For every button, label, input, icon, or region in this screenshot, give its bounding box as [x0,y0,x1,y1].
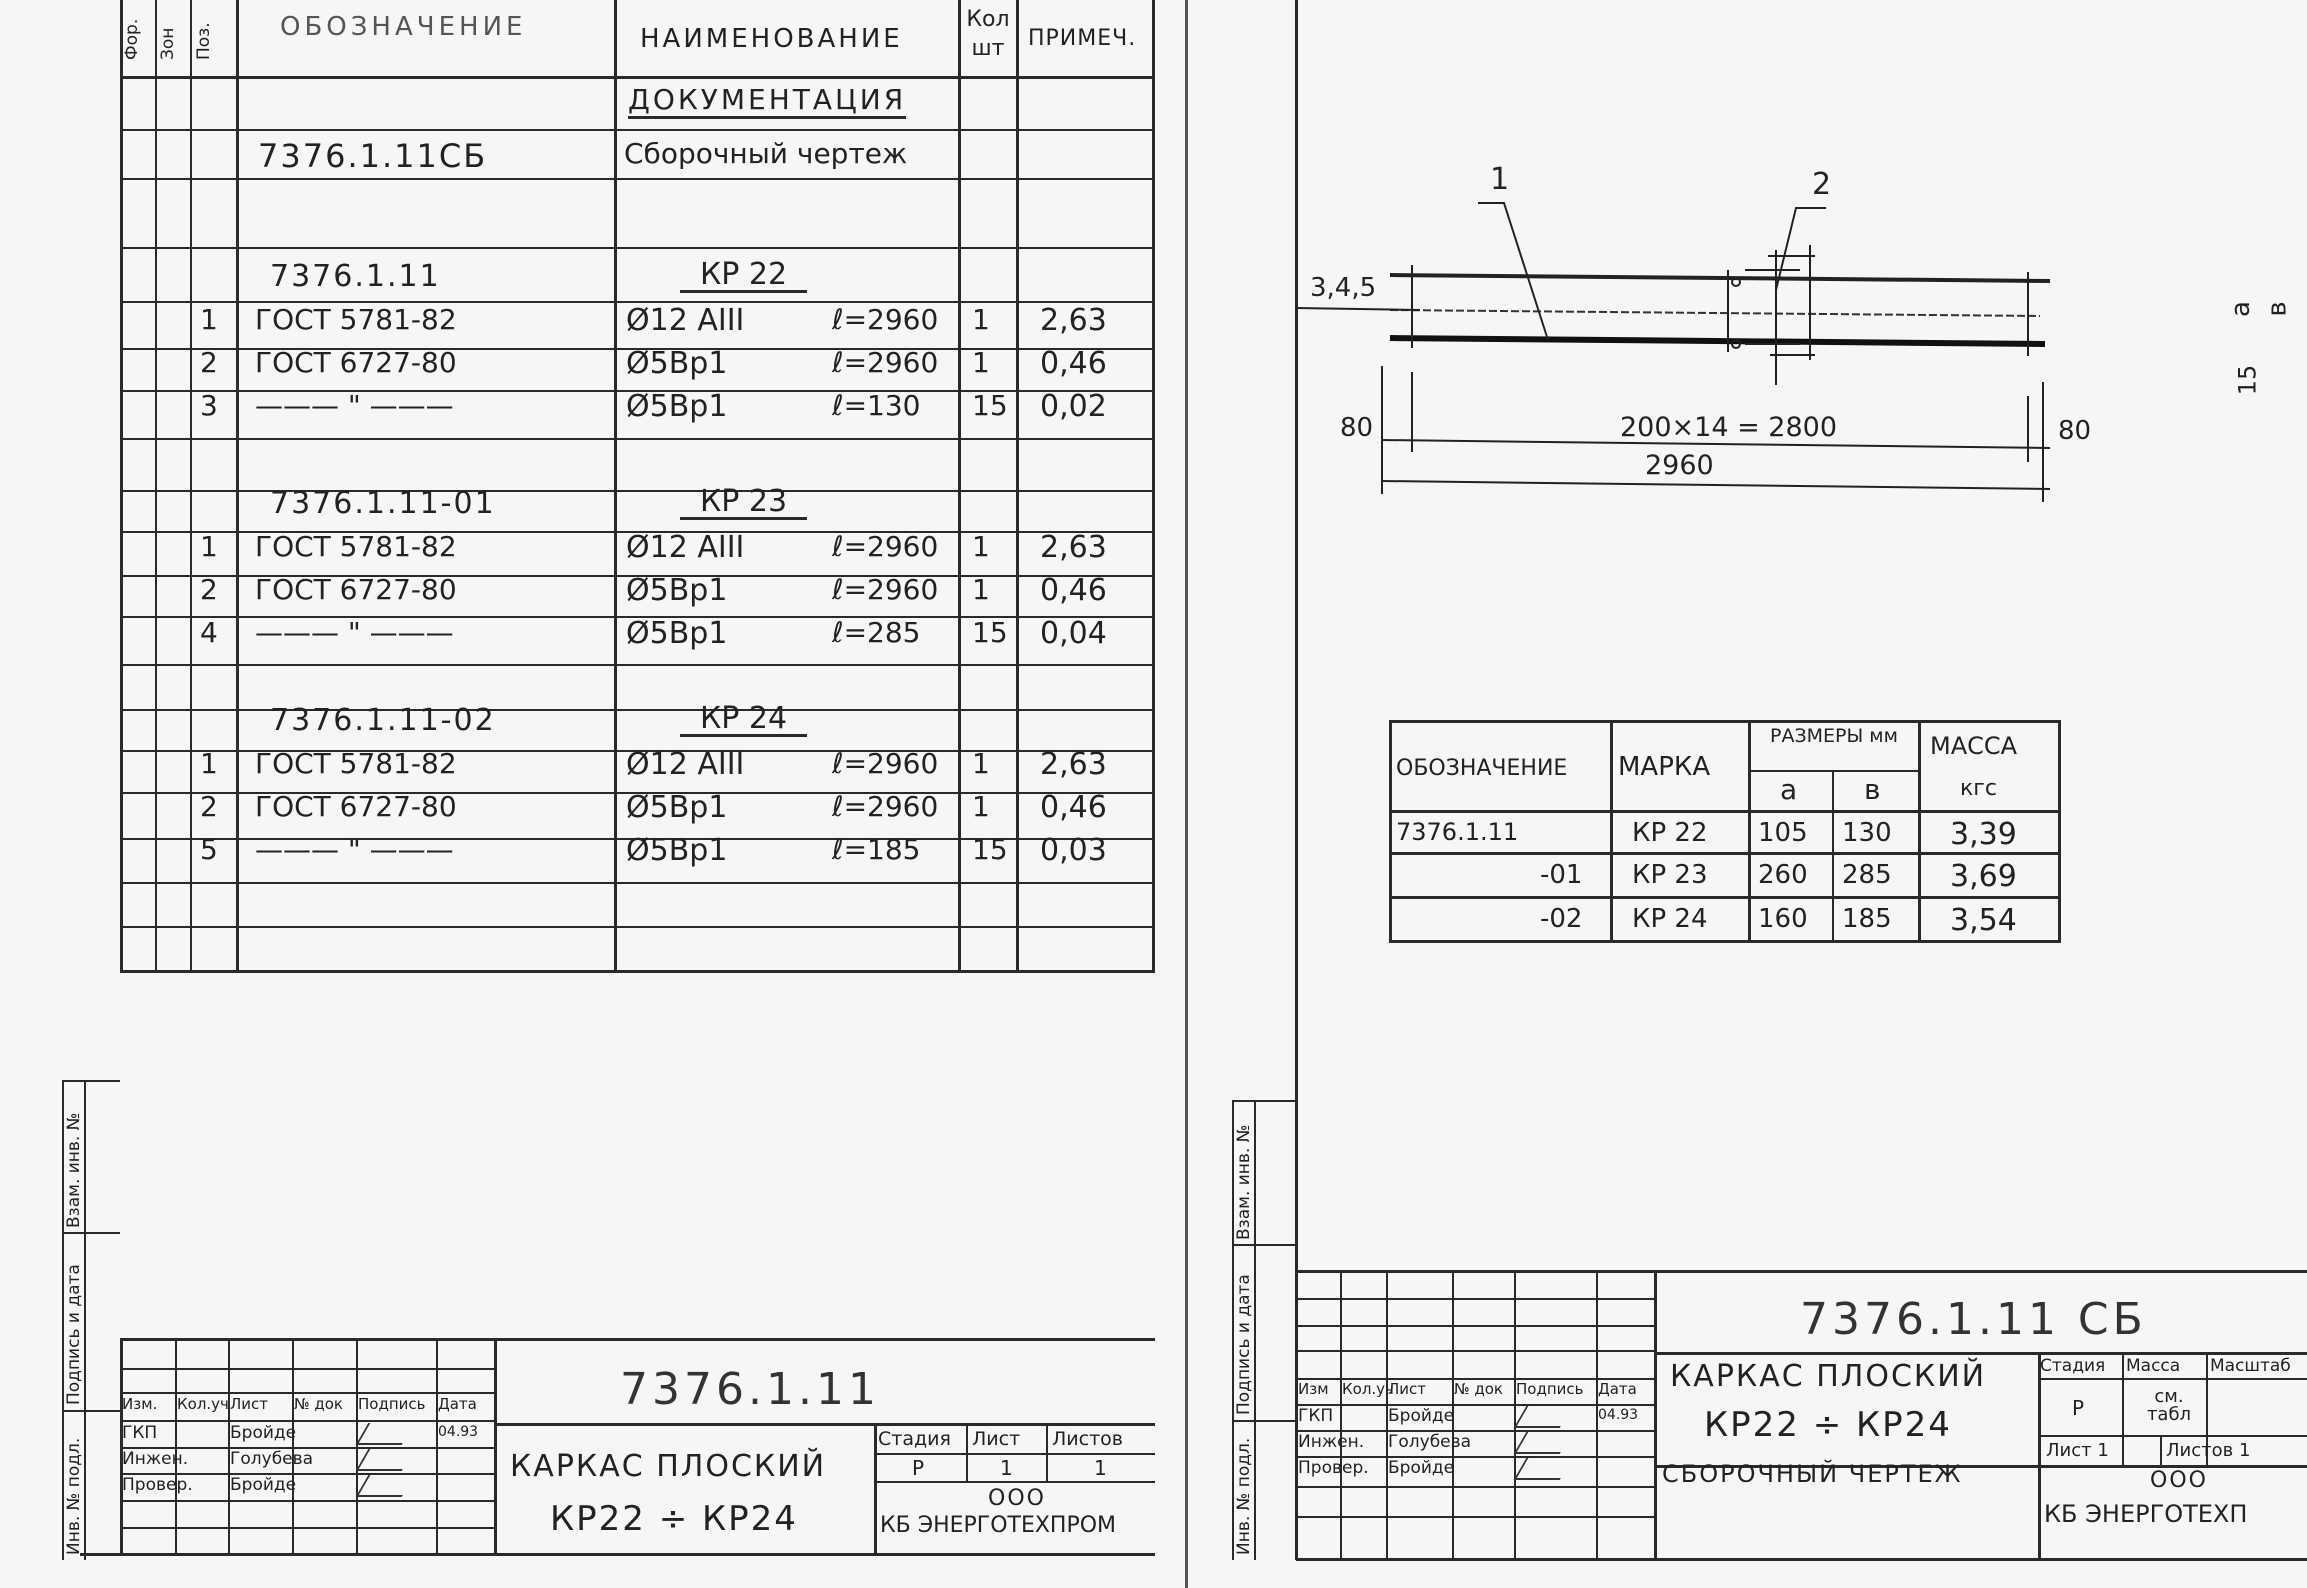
marks-b: 285 [1842,862,1892,888]
person-name: Голубева [1388,1434,1471,1451]
marks-a: 160 [1758,906,1808,932]
marks-designation: 7376.1.11 [1396,820,1518,844]
title-block-border [1296,1558,2307,1561]
marks-header-mass-unit: кгс [1960,778,1997,800]
grid-line [1654,1352,2307,1355]
marks-designation: -02 [1540,906,1582,932]
marks-mass: 3,39 [1950,820,2017,850]
mass-value-right: см. табл [2134,1388,2204,1424]
title-block-header: Лист [1388,1382,1426,1397]
marks-header-a: а [1780,776,1797,804]
drawing-title-right-line3: СБОРОЧНЫЙ ЧЕРТЕЖ [1662,1462,1963,1486]
person-date: 04.93 [1598,1408,1638,1422]
grid-line [1610,720,1613,942]
grid-line [1389,810,2061,813]
grid-line [1918,720,1921,942]
stage-value-right: Р [2072,1398,2084,1418]
stamp-sign-date: Подпись и дата [1234,1274,1254,1415]
grid-line [1296,1404,1656,1406]
dim-left: 80 [1340,415,1373,441]
title-block-header: Подпись [1516,1382,1583,1397]
leader-label-2: 2 [1812,170,1831,200]
title-block-header: № док [1454,1382,1503,1397]
marks-header-designation: ОБОЗНАЧЕНИЕ [1396,758,1567,780]
grid-line [1296,1486,1656,1488]
grid-line [2038,1352,2041,1560]
table-border [1389,940,2061,943]
marks-mass: 3,69 [1950,862,2017,892]
marks-mark: КР 23 [1632,862,1708,888]
title-block-header: Изм [1298,1382,1329,1397]
section-dim-b: в [2265,301,2291,316]
marks-mass: 3,54 [1950,906,2017,936]
grid-line [1296,1325,1656,1327]
person-role: Провер. [1298,1460,1369,1477]
rebar-bottom [1390,338,2045,344]
title-block-header: Дата [1598,1382,1637,1397]
stamp-replace-inv: Взам. инв. № [1234,1125,1254,1240]
person-name: Бройде [1388,1460,1454,1477]
org-line2-right: КБ ЭНЕРГОТЕХП [2044,1502,2247,1526]
dim-right: 80 [2058,418,2091,444]
grid-line [2038,1378,2307,1380]
label-345: 3,4,5 [1310,275,1376,301]
marks-mark: КР 22 [1632,820,1708,846]
table-border [1389,720,2061,723]
sheets-text-right: Листов 1 [2166,1442,2250,1460]
stamp-border [1254,1100,1256,1560]
marks-b: 130 [1842,820,1892,846]
marks-a: 260 [1758,862,1808,888]
table-border [2058,720,2061,942]
marks-designation: -01 [1540,862,1582,888]
marks-mark: КР 24 [1632,906,1708,932]
section-dim-15: 15 [2235,365,2259,396]
grid-line [1832,770,1834,942]
grid-line [2160,1435,2162,1465]
stamp-border [1232,1244,1296,1246]
grid-line [1389,852,2061,855]
rebar-middle [1390,310,2040,316]
sheet-text-right: Лист 1 [2046,1442,2109,1460]
org-line1-right: ООО [2150,1470,2208,1492]
dim-middle: 200×14 = 2800 [1620,414,1837,441]
person-role: Инжен. [1298,1434,1364,1451]
marks-header-b: в [1864,776,1881,804]
table-border [1389,720,1392,942]
marks-a: 105 [1758,820,1808,846]
marks-header-mark: МАРКА [1618,754,1710,780]
mass-label-right: Масса [2126,1358,2180,1375]
marks-header-sizes: РАЗМЕРЫ мм [1754,726,1914,747]
rebar-top [1390,275,2050,281]
person-role: ГКП [1298,1408,1333,1425]
stage-label-right: Стадия [2040,1358,2105,1375]
stamp-border [1232,1100,1296,1102]
stamp-border [1232,1420,1296,1422]
dim-total: 2960 [1645,452,1714,479]
drawing-title-right-line2: КР22 ÷ КР24 [1704,1408,1952,1442]
grid-line [1389,896,2061,899]
title-block-border [1296,1270,2307,1273]
scale-label-right: Масштаб [2210,1358,2291,1375]
grid-line [2038,1435,2307,1437]
section-dim-a: а [2228,301,2254,317]
stamp-inv-no: Инв. № подл. [1234,1438,1254,1555]
drawing-code-right: 7376.1.11 СБ [1800,1298,2147,1342]
grid-line [2122,1352,2124,1465]
person-name: Бройде [1388,1408,1454,1425]
grid-line [1749,770,1919,772]
grid-line [1296,1298,1656,1300]
grid-line [1296,1516,1656,1518]
marks-header-mass: МАССА [1930,734,2017,758]
grid-line [1748,720,1751,942]
leader-label-1: 1 [1490,165,1509,195]
marks-b: 185 [1842,906,1892,932]
title-block-header: Кол.уч [1342,1382,1394,1397]
drawing-title-right-line1: КАРКАС ПЛОСКИЙ [1670,1362,1986,1392]
grid-line [1296,1350,1656,1352]
